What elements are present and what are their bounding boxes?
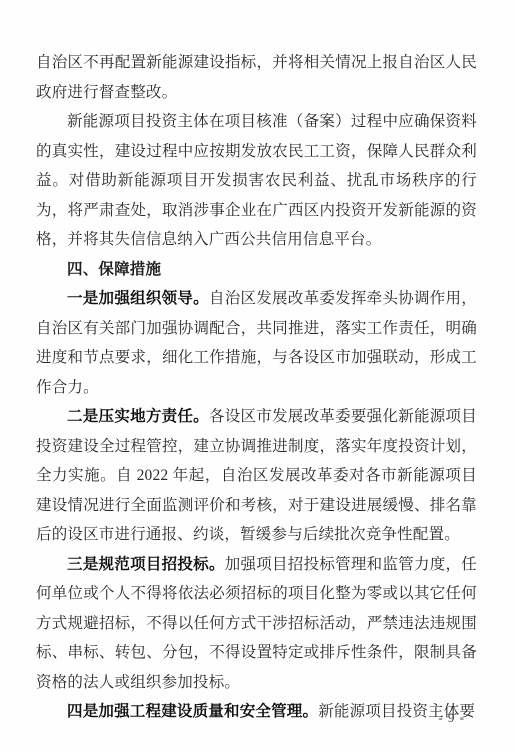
- measure-1-lead: 一是加强组织领导。: [67, 290, 209, 307]
- paragraph-measure-4: 四是加强工程建设质量和安全管理。新能源项目投资主体要: [36, 697, 477, 727]
- paragraph-measure-2: 二是压实地方责任。各设区市发展改革委要强化新能源项目投资建设全过程管控，建立协调…: [36, 402, 477, 550]
- paragraph-measure-1: 一是加强组织领导。自治区发展改革委发挥牵头协调作用，自治区有关部门加强协调配合，…: [36, 284, 477, 402]
- document-page: 自治区不再配置新能源建设指标，并将相关情况上报自治区人民政府进行督查整改。 新能…: [0, 0, 514, 752]
- measure-3-text: 加强项目招投标管理和监管力度，任何单位或个人不得将依法必须招标的项目化整为零或以…: [36, 556, 477, 691]
- page-number: - 9 -: [438, 708, 465, 728]
- measure-3-lead: 三是规范项目招投标。: [67, 556, 225, 573]
- measure-2-text: 各设区市发展改革委要强化新能源项目投资建设全过程管控，建立协调推进制度，落实年度…: [36, 408, 477, 543]
- measure-2-lead: 二是压实地方责任。: [67, 408, 209, 425]
- paragraph-continuation: 自治区不再配置新能源建设指标，并将相关情况上报自治区人民政府进行督查整改。: [36, 48, 477, 107]
- paragraph-measure-3: 三是规范项目招投标。加强项目招投标管理和监管力度，任何单位或个人不得将依法必须招…: [36, 550, 477, 698]
- document-body: 自治区不再配置新能源建设指标，并将相关情况上报自治区人民政府进行督查整改。 新能…: [36, 48, 477, 727]
- paragraph-investor-requirements: 新能源项目投资主体在项目核准（备案）过程中应确保资料的真实性，建设过程中应按期发…: [36, 107, 477, 255]
- section-heading-safeguard-measures: 四、保障措施: [36, 255, 477, 285]
- measure-4-lead: 四是加强工程建设质量和安全管理。: [67, 703, 318, 720]
